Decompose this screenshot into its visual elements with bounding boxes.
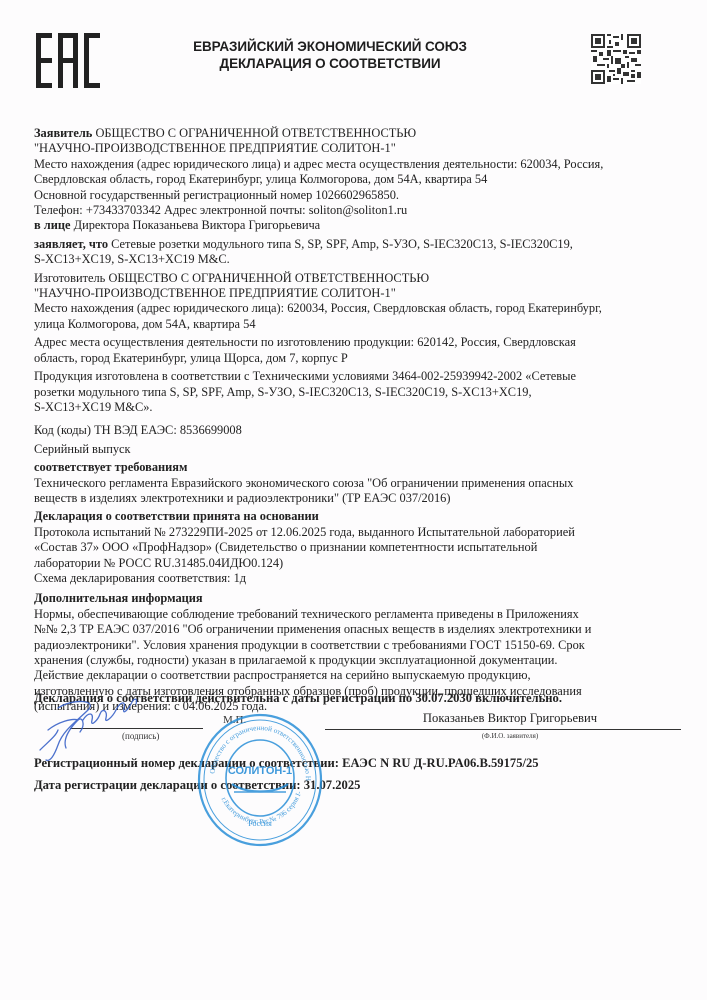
manufacturer-label: Изготовитель xyxy=(34,271,105,285)
represented-by: Директора Показаньева Виктора Григорьеви… xyxy=(74,218,321,232)
title-union: ЕВРАЗИЙСКИЙ ЭКОНОМИЧЕСКИЙ СОЮЗ xyxy=(140,38,520,55)
basis-heading: Декларация о соответствии принята на осн… xyxy=(34,509,319,523)
declaration-scheme: Схема декларирования соответствия: 1д xyxy=(34,571,679,586)
applicant-address-1: Место нахождения (адрес юридического лиц… xyxy=(34,157,679,172)
production-address-1: Адрес места осуществления деятельности п… xyxy=(34,335,679,350)
applicant-name-line xyxy=(325,729,681,730)
additional-1: Нормы, обеспечивающие соблюдение требова… xyxy=(34,607,679,622)
tn-ved-code: Код (коды) ТН ВЭД ЕАЭС: 8536699008 xyxy=(34,423,679,438)
registration-date: Дата регистрации декларации о соответств… xyxy=(34,778,694,793)
represented-label: в лице xyxy=(34,218,71,232)
manufacturer-address-1: Место нахождения (адрес юридического лиц… xyxy=(34,301,679,316)
qr-code[interactable] xyxy=(591,34,641,84)
applicant-contacts: Телефон: +73433703342 Адрес электронной … xyxy=(34,203,679,218)
declaration-section: заявляет, что Сетевые розетки модульного… xyxy=(34,237,679,268)
applicant-address-2: Свердловская область, город Екатеринбург… xyxy=(34,172,679,187)
applicant-label: Заявитель xyxy=(34,126,92,140)
applicant-caption: (Ф.И.О. заявителя) xyxy=(390,732,630,740)
basis-1: Протокола испытаний № 273229ПИ-2025 от 1… xyxy=(34,525,679,540)
document-title: ЕВРАЗИЙСКИЙ ЭКОНОМИЧЕСКИЙ СОЮЗ ДЕКЛАРАЦИ… xyxy=(140,38,520,72)
applicant-name-1: ОБЩЕСТВО С ОГРАНИЧЕННОЙ ОТВЕТСТВЕННОСТЬЮ xyxy=(95,126,416,140)
applicant-section: Заявитель ОБЩЕСТВО С ОГРАНИЧЕННОЙ ОТВЕТС… xyxy=(34,126,679,234)
basis-2: «Состав 37» ООО «ПрофНадзор» (Свидетельс… xyxy=(34,540,679,555)
release-type: Серийный выпуск xyxy=(34,442,679,457)
tu-3: S-XC13+XC19 M&C». xyxy=(34,400,679,415)
tu-1: Продукция изготовлена в соответствии с Т… xyxy=(34,369,679,384)
declaration-body: Заявитель ОБЩЕСТВО С ОГРАНИЧЕННОЙ ОТВЕТС… xyxy=(34,126,679,715)
requirements-2: веществ в изделиях электротехники и ради… xyxy=(34,491,679,506)
company-stamp: Общество с ограниченной ответственностью… xyxy=(196,712,324,848)
additional-2: №№ 2,3 ТР ЕАЭС 037/2016 "Об ограничении … xyxy=(34,622,679,637)
eac-logo xyxy=(36,33,101,88)
additional-5: Действие декларации о соответствии распр… xyxy=(34,668,679,683)
requirements-1: Технического регламента Евразийского эко… xyxy=(34,476,679,491)
additional-heading: Дополнительная информация xyxy=(34,591,203,605)
applicant-fullname: Показаньев Виктор Григорьевич xyxy=(390,711,630,726)
svg-text:СОЛИТОН-1: СОЛИТОН-1 xyxy=(228,765,292,777)
production-address-2: область, город Екатеринбург, улица Щорса… xyxy=(34,351,679,366)
product-2: S-XC13+XC19, S-XC13+XC19 M&C. xyxy=(34,252,679,267)
codes-section: Код (коды) ТН ВЭД ЕАЭС: 8536699008 Серий… xyxy=(34,423,679,457)
manufacturer-address-2: улица Колмогорова, дом 54А, квартира 54 xyxy=(34,317,679,332)
basis-section: Декларация о соответствии принята на осн… xyxy=(34,509,679,586)
additional-4: хранения (службы, годности) указан в при… xyxy=(34,653,679,668)
product-1: Сетевые розетки модульного типа S, SP, S… xyxy=(111,237,573,251)
handwritten-signature xyxy=(28,690,148,765)
additional-3: радиоэлектроники". Условия хранения прод… xyxy=(34,638,679,653)
tu-2: розетки модульного типа S, SP, SPF, Amp,… xyxy=(34,385,679,400)
manufacturer-section: Изготовитель ОБЩЕСТВО С ОГРАНИЧЕННОЙ ОТВ… xyxy=(34,271,679,416)
requirements-heading: соответствует требованиям xyxy=(34,460,187,474)
manufacturer-name-1: ОБЩЕСТВО С ОГРАНИЧЕННОЙ ОТВЕТСТВЕННОСТЬЮ xyxy=(108,271,429,285)
applicant-ogrn: Основной государственный регистрационный… xyxy=(34,188,679,203)
svg-text:Россия: Россия xyxy=(248,819,272,828)
requirements-section: соответствует требованиям Технического р… xyxy=(34,460,679,506)
applicant-name-2: "НАУЧНО-ПРОИЗВОДСТВЕННОЕ ПРЕДПРИЯТИЕ СОЛ… xyxy=(34,141,679,156)
basis-3: лаборатории № РОСС RU.31485.04ИДЮ0.124) xyxy=(34,556,679,571)
declares-label: заявляет, что xyxy=(34,237,108,251)
title-declaration: ДЕКЛАРАЦИЯ О СООТВЕТСТВИИ xyxy=(140,55,520,72)
manufacturer-name-2: "НАУЧНО-ПРОИЗВОДСТВЕННОЕ ПРЕДПРИЯТИЕ СОЛ… xyxy=(34,286,679,301)
